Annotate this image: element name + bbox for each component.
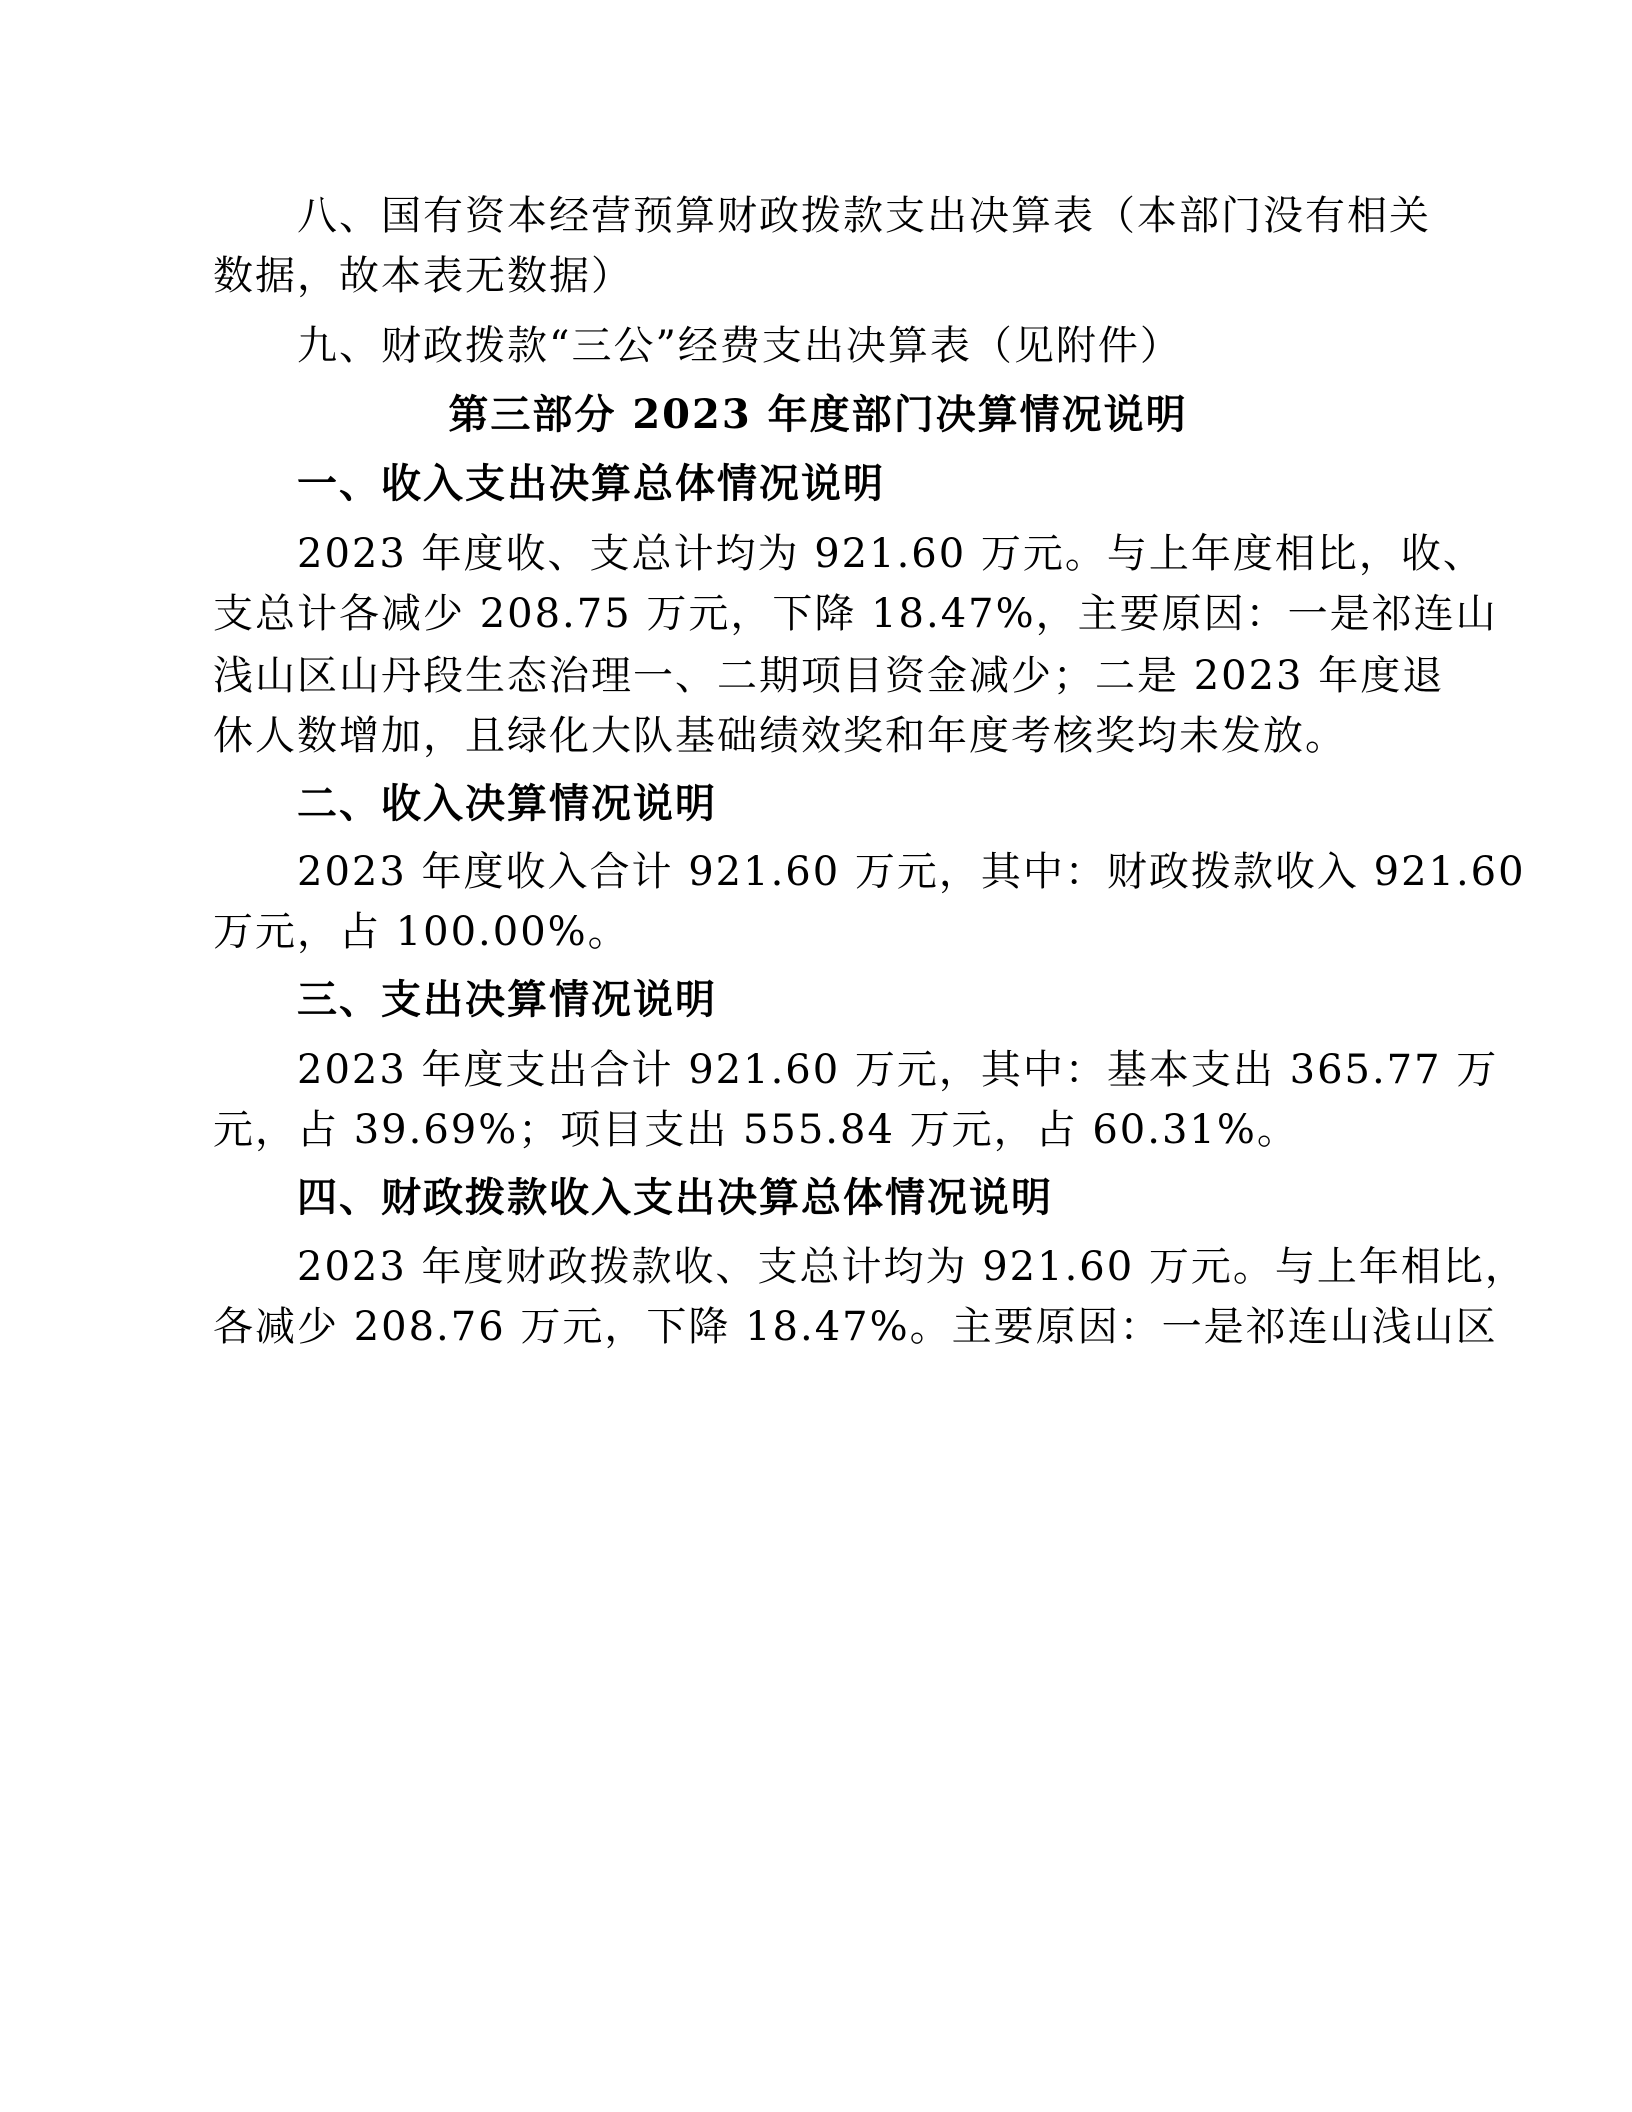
section-3-heading: 三、支出决算情况说明 <box>297 976 717 1024</box>
section-1-paragraph-line-2: 支总计各减少 208.75 万元，下降 18.47%，主要原因：一是祁连山 <box>213 590 1423 638</box>
item-8-line-1: 八、国有资本经营预算财政拨款支出决算表（本部门没有相关 <box>297 192 1423 240</box>
section-1-paragraph-line-3: 浅山区山丹段生态治理一、二期项目资金减少；二是 2023 年度退 <box>213 652 1423 700</box>
item-8-line-2: 数据，故本表无数据） <box>213 252 633 300</box>
item-9-line-1: 九、财政拨款“三公”经费支出决算表（见附件） <box>297 322 1182 370</box>
section-1-paragraph-line-1: 2023 年度收、支总计均为 921.60 万元。与上年度相比，收、 <box>297 530 1423 578</box>
section-4-paragraph-line-2: 各减少 208.76 万元，下降 18.47%。主要原因：一是祁连山浅山区 <box>213 1303 1423 1351</box>
section-2-paragraph-line-1: 2023 年度收入合计 921.60 万元，其中：财政拨款收入 921.60 <box>297 848 1423 896</box>
section-2-heading: 二、收入决算情况说明 <box>297 780 717 828</box>
section-2-paragraph-line-2: 万元，占 100.00%。 <box>213 908 630 956</box>
section-1-heading: 一、收入支出决算总体情况说明 <box>297 460 885 508</box>
section-4-paragraph-line-1: 2023 年度财政拨款收、支总计均为 921.60 万元。与上年相比， <box>297 1243 1423 1291</box>
section-3-paragraph-line-2: 元，占 39.69%；项目支出 555.84 万元，占 60.31%。 <box>213 1106 1299 1154</box>
section-4-heading: 四、财政拨款收入支出决算总体情况说明 <box>297 1174 1053 1222</box>
section-3-paragraph-line-1: 2023 年度支出合计 921.60 万元，其中：基本支出 365.77 万 <box>297 1046 1423 1094</box>
section-1-paragraph-line-4: 休人数增加，且绿化大队基础绩效奖和年度考核奖均未发放。 <box>213 712 1347 760</box>
part-title: 第三部分 2023 年度部门决算情况说明 <box>213 391 1423 439</box>
